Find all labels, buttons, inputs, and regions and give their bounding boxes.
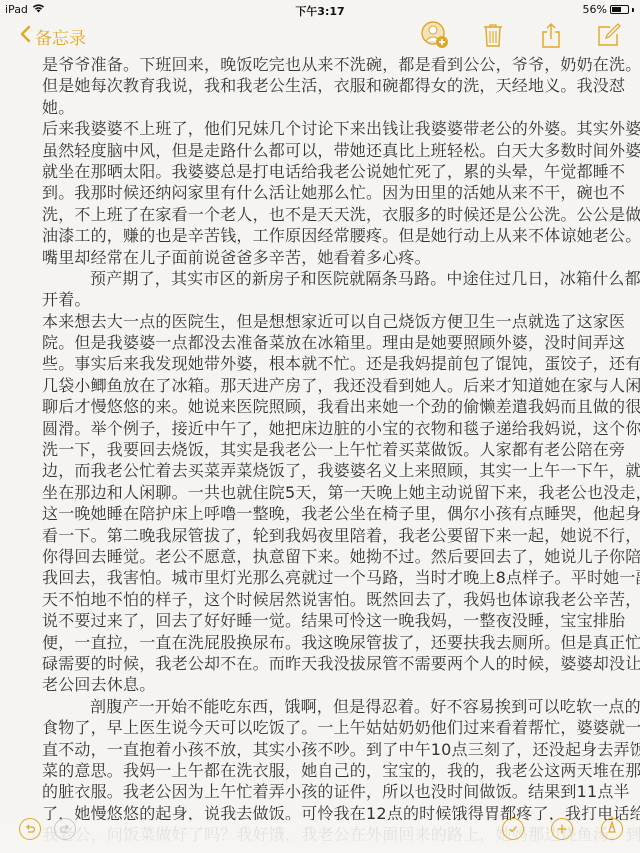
compose-button[interactable] — [594, 20, 624, 50]
note-line: 看一下。第二晚我尿管拔了，轮到我妈夜里陪着，我老公要留下来一起，她说不行， — [42, 525, 602, 546]
checklist-button[interactable] — [502, 818, 524, 840]
back-button[interactable]: 备忘录 — [20, 24, 86, 49]
note-line: 院。但是我婆婆一点都没去准备菜放在冰箱里。理由是她要照顾外婆，没时间弄这 — [42, 332, 602, 353]
add-icon — [556, 820, 568, 839]
redo-icon — [59, 820, 71, 839]
battery-percent: 56% — [583, 3, 607, 16]
note-line: 到。我那时候还纳闷家里有什么活让她那么忙。因为田里的活她从来不干，碗也不 — [42, 182, 602, 203]
status-bar: iPad 下午3:17 56% — [0, 0, 640, 18]
redo-button[interactable] — [54, 818, 76, 840]
checklist-icon — [507, 820, 519, 839]
note-line: 圆滑。举个例子，接近中午了，她把床边脏的小宝的衣物和毯子递给我妈说，这个你 — [42, 418, 602, 439]
note-line: 油漆工的，赚的也是辛苦钱，工作原因经常腰疼。但是她行动上从来不体谅她老公。 — [42, 225, 602, 246]
back-label: 备忘录 — [35, 24, 86, 49]
markup-icon — [606, 820, 618, 839]
add-person-button[interactable] — [420, 20, 450, 50]
notes-screen: iPad 下午3:17 56% 备忘录 — [0, 0, 640, 853]
note-line: 坐在那边和人闲聊。一共也就住院5天，第一天晚上她主动说留下来，我老公也没走， — [42, 482, 602, 503]
note-line: 但是她每次教育我说，我和我老公生活，衣服和碗都得女的洗，天经地义。我没怼 — [42, 75, 602, 96]
compose-icon — [596, 22, 622, 48]
note-line: 这一晚她睡在陪护床上呼噜一整晚，我老公坐在椅子里，偶尔小孩有点睡哭，他起身 — [42, 503, 602, 524]
note-line: 便，一直拉，一直在洗屁股换尿布。我这晚尿管拔了，还要扶我去厕所。但是真正忙 — [42, 632, 602, 653]
nav-bar: 备忘录 — [0, 18, 640, 54]
note-line: 你得回去睡觉。老公不愿意，执意留下来。她拗不过。然后要回去了，她说儿子你陪 — [42, 546, 602, 567]
note-line: 老公回去休息。 — [42, 674, 602, 695]
share-button[interactable] — [536, 20, 566, 50]
battery-tip — [632, 8, 634, 12]
note-line: 说不要过来了，回去了好好睡一觉。结果可怜这一晚我妈，一整夜没睡，宝宝排胎 — [42, 610, 602, 631]
note-line: 开着。 — [42, 289, 602, 310]
note-line: 是爷爷准备。下班回来，晚饭吃完也从来不洗碗，都是看到公公，爷爷，奶奶在洗。 — [42, 54, 602, 75]
nav-actions — [420, 20, 624, 50]
note-line: 本来想去大一点的医院生，但是想想家近可以自己烧饭方便卫生一点就选了这家医 — [42, 311, 602, 332]
note-line: 食物了，早上医生说今天可以吃饭了。一上午姑姑奶奶他们过来看着帮忙，婆婆就一 — [42, 717, 602, 738]
status-right: 56% — [583, 3, 634, 16]
note-line: 她。 — [42, 97, 602, 118]
share-icon — [540, 22, 562, 48]
note-line: 预产期了，其实市区的新房子和医院就隔条马路。中途住过几日，冰箱什么都 — [42, 268, 602, 289]
bottom-toolbar — [0, 818, 640, 848]
note-line: 直不动，一直抱着小孩不放，其实小孩不吵。到了中午10点三刻了，还没起身去弄饭 — [42, 739, 602, 760]
note-line: 几袋小鲫鱼放在了冰箱。那天进产房了，我还没看到她人。后来才知道她在家与人闲 — [42, 375, 602, 396]
note-line: 些。事实后来我发现她带外婆，根本就不忙。还是我妈提前包了馄饨，蛋饺子，还有 — [42, 353, 602, 374]
note-line: 的脏衣服。我老公因为上午忙着弄小孩的证件，所以也没时间做饭。结果到11点半 — [42, 781, 602, 802]
add-button[interactable] — [551, 818, 573, 840]
note-line: 虽然轻度脑中风，但是走路什么都可以，带她还真比上班轻松。白天大多数时间外婆 — [42, 140, 602, 161]
add-person-icon — [420, 20, 450, 50]
note-line: 后来我婆婆不上班了，他们兄妹几个讨论下来出钱让我婆婆带老公的外婆。其实外婆 — [42, 118, 602, 139]
note-text-area[interactable]: 是爷爷准备。下班回来，晚饭吃完也从来不洗碗，都是看到公公，爷爷，奶奶在洗。但是她… — [42, 54, 602, 845]
note-line: 洗一下，我要回去烧饭，其实是我老公一上午忙着买菜做饭。人家都有老公陪在旁 — [42, 439, 602, 460]
undo-button[interactable] — [19, 818, 41, 840]
clock: 下午3:17 — [0, 3, 640, 19]
undo-icon — [24, 820, 36, 839]
note-line: 菜的意思。我妈一上午都在洗衣服，她自己的，宝宝的，我的，我老公这两天堆在那 — [42, 760, 602, 781]
markup-button[interactable] — [601, 818, 623, 840]
note-line: 就坐在那晒太阳。我婆婆总是打电话给我老公说她忙死了，累的头晕，午觉都睡不 — [42, 161, 602, 182]
note-line: 我回去，我害怕。城市里灯光那么亮就过一个马路，当时才晚上8点样子。平时她一副 — [42, 567, 602, 588]
note-line: 嘴里却经常在儿子面前说爸爸多辛苦，她看着多心疼。 — [42, 247, 602, 268]
chevron-left-icon — [20, 25, 31, 48]
delete-button[interactable] — [478, 20, 508, 50]
battery-icon — [610, 5, 629, 14]
trash-icon — [482, 22, 504, 48]
note-line: 天不怕地不怕的样子，这个时候居然说害怕。既然回去了，我妈也体谅我老公辛苦， — [42, 589, 602, 610]
note-line: 剖腹产一开始不能吃东西，饿啊，但是得忍着。好不容易挨到可以吃软一点的 — [42, 696, 602, 717]
note-line: 聊后才慢悠悠的来。她说来医院照顾，我看出来她一个劲的偷懒差遣我妈而且做的很 — [42, 396, 602, 417]
note-line: 洗，不上班了在家看一个老人，也不是天天洗，衣服多的时候还是公公洗。公公是做 — [42, 204, 602, 225]
note-line: 碌需要的时候，我老公却不在。而昨天我没拔尿管不需要两个人的时候，婆婆却没让 — [42, 653, 602, 674]
note-line: 边，而我老公忙着去买菜弄菜烧饭了，我婆婆名义上来照顾，其实一上午一下午，就 — [42, 460, 602, 481]
